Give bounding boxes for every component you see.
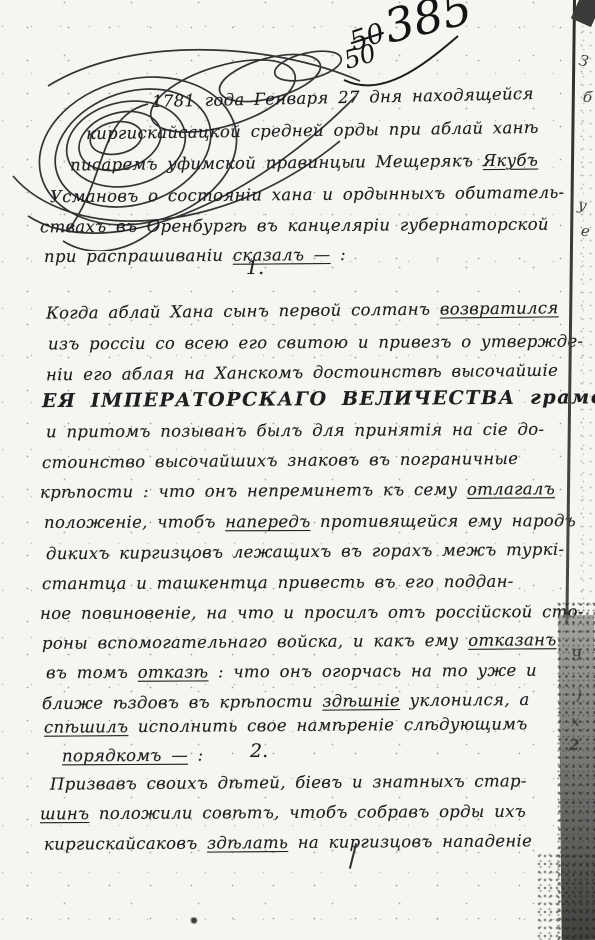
manuscript-line: порядкомъ — : — [62, 746, 204, 766]
line-text: писаремъ уфимской правинцыи Мещерякъ — [70, 151, 483, 174]
line-text: Призвавъ своихъ дѣтей, біевъ и знатныхъ … — [50, 771, 527, 793]
underlined-word: Якубъ — [483, 151, 539, 171]
line-text: Усмановъ о состояніи хана и ордынныхъ об… — [50, 183, 565, 206]
manuscript-scan-page: 385 50 50 1781 года Генваря 27 дня наход… — [0, 0, 595, 940]
manuscript-line: роны вспомогательнаго войска, и какъ ему… — [42, 630, 557, 653]
line-text: исполнить свое намѣреніе слѣдующимъ — [128, 714, 527, 736]
underlined-word: напередъ — [225, 512, 310, 531]
line-text: ЕЯ ІМПЕРАТОРСКАГО ВЕЛИЧЕСТВА грамоты, — [42, 386, 595, 412]
line-text: изъ россіи со всею его свитою и привезъ … — [48, 332, 583, 354]
line-text: Когда аблай Хана сынъ первой солтанъ — [46, 300, 440, 323]
manuscript-line: Усмановъ о состояніи хана и ордынныхъ об… — [50, 183, 565, 206]
underlined-word: возвратился — [440, 298, 559, 318]
manuscript-line: при распрашиваніи сказалъ — : — [44, 245, 346, 266]
line-text: : что онъ огорчась на то уже и — [208, 661, 537, 682]
manuscript-line: стоинство высочайшихъ знаковъ въ пограни… — [42, 449, 518, 472]
line-text: ствахъ въ Оренбургѣ въ канцеляріи губерн… — [40, 215, 549, 237]
line-text: ное повиновеніе, на что и просилъ отъ ро… — [40, 602, 584, 623]
underlined-word: спѣшилъ — [44, 717, 128, 737]
line-text: положеніе, чтобъ — [44, 512, 225, 532]
manuscript-line-imperial-title: ЕЯ ІМПЕРАТОРСКАГО ВЕЛИЧЕСТВА грамоты, — [42, 386, 595, 412]
line-text: на киргизцовъ нападеніе — [288, 831, 532, 852]
line-text: положили совѣтъ, чтобъ собравъ орды ихъ — [89, 802, 526, 823]
line-text: противящейся ему народъ — [310, 511, 576, 531]
bleedthrough-glyph: е — [580, 222, 591, 241]
manuscript-line: дикихъ киргизцовъ лежащихъ въ горахъ меж… — [46, 540, 565, 564]
underlined-word: порядкомъ — — [62, 746, 188, 766]
line-text: киргискайсаковъ — [44, 834, 207, 854]
line-text: и притомъ позыванъ былъ для принятія на … — [46, 420, 544, 442]
manuscript-line: ближе ѣздовъ въ крѣпости здѣшніе уклонил… — [42, 690, 530, 713]
manuscript-line: крѣпости : что онъ непреминетъ къ сему о… — [40, 479, 555, 502]
line-text: въ томъ — [46, 663, 138, 682]
underlined-word: отказанъ — [468, 630, 557, 650]
manuscript-line: Когда аблай Хана сынъ первой солтанъ воз… — [46, 298, 559, 322]
manuscript-line: въ томъ отказѣ : что онъ огорчась на то … — [46, 661, 537, 683]
line-text: стоинство высочайшихъ знаковъ въ пограни… — [42, 449, 518, 472]
line-text: ближе ѣздовъ въ крѣпости — [42, 692, 323, 713]
section-heading-1: 1. — [246, 257, 264, 279]
manuscript-line: положеніе, чтобъ напередъ противящейся е… — [44, 511, 576, 532]
underlined-word: здѣлать — [207, 833, 288, 853]
underlined-word: отказѣ — [138, 662, 209, 681]
manuscript-line: Призвавъ своихъ дѣтей, біевъ и знатныхъ … — [50, 771, 527, 793]
line-text: при распрашиваніи — [44, 246, 233, 266]
page-edge-line — [565, 0, 576, 625]
bleedthrough-glyph: х — [570, 712, 580, 731]
manuscript-line: ніи его аблая на Ханскомъ достоинствѣ вы… — [46, 361, 558, 384]
manuscript-line: и притомъ позыванъ былъ для принятія на … — [46, 420, 544, 442]
bleedthrough-glyph: 9 — [571, 646, 582, 665]
line-text: дикихъ киргизцовъ лежащихъ въ горахъ меж… — [46, 540, 565, 564]
manuscript-line: спѣшилъ исполнить свое намѣреніе слѣдующ… — [44, 714, 528, 736]
stray-ink-blob — [190, 917, 198, 924]
bottom-right-corner-stain — [536, 852, 595, 940]
bleedthrough-glyph: 2 — [569, 736, 579, 754]
manuscript-line: ствахъ въ Оренбургѣ въ канцеляріи губерн… — [40, 215, 549, 237]
manuscript-line: киргискайсаковъ здѣлать на киргизцовъ на… — [44, 831, 532, 853]
line-text: роны вспомогательнаго войска, и какъ ему — [42, 631, 468, 653]
bleedthrough-glyph: ) — [575, 686, 582, 704]
manuscript-line: шинъ положили совѣтъ, чтобъ собравъ орды… — [40, 802, 526, 824]
line-text: крѣпости : что онъ непреминетъ къ сему — [40, 480, 467, 502]
manuscript-line: стантца и ташкентца привесть въ его подд… — [42, 572, 514, 593]
line-text: уклонился, а — [400, 690, 530, 710]
line-text: : — [188, 746, 204, 765]
underlined-word: шинъ — [40, 804, 89, 823]
underlined-word: отлагалъ — [467, 479, 555, 499]
manuscript-line: ное повиновеніе, на что и просилъ отъ ро… — [40, 602, 584, 623]
line-text: : — [330, 245, 346, 264]
manuscript-line: писаремъ уфимской правинцыи Мещерякъ Яку… — [70, 151, 538, 175]
underlined-word: здѣшніе — [322, 691, 400, 711]
manuscript-line: изъ россіи со всею его свитою и привезъ … — [48, 332, 583, 354]
line-text: ніи его аблая на Ханскомъ достоинствѣ вы… — [46, 361, 558, 384]
section-heading-2: 2. — [250, 740, 268, 762]
line-text: стантца и ташкентца привесть въ его подд… — [42, 572, 514, 593]
